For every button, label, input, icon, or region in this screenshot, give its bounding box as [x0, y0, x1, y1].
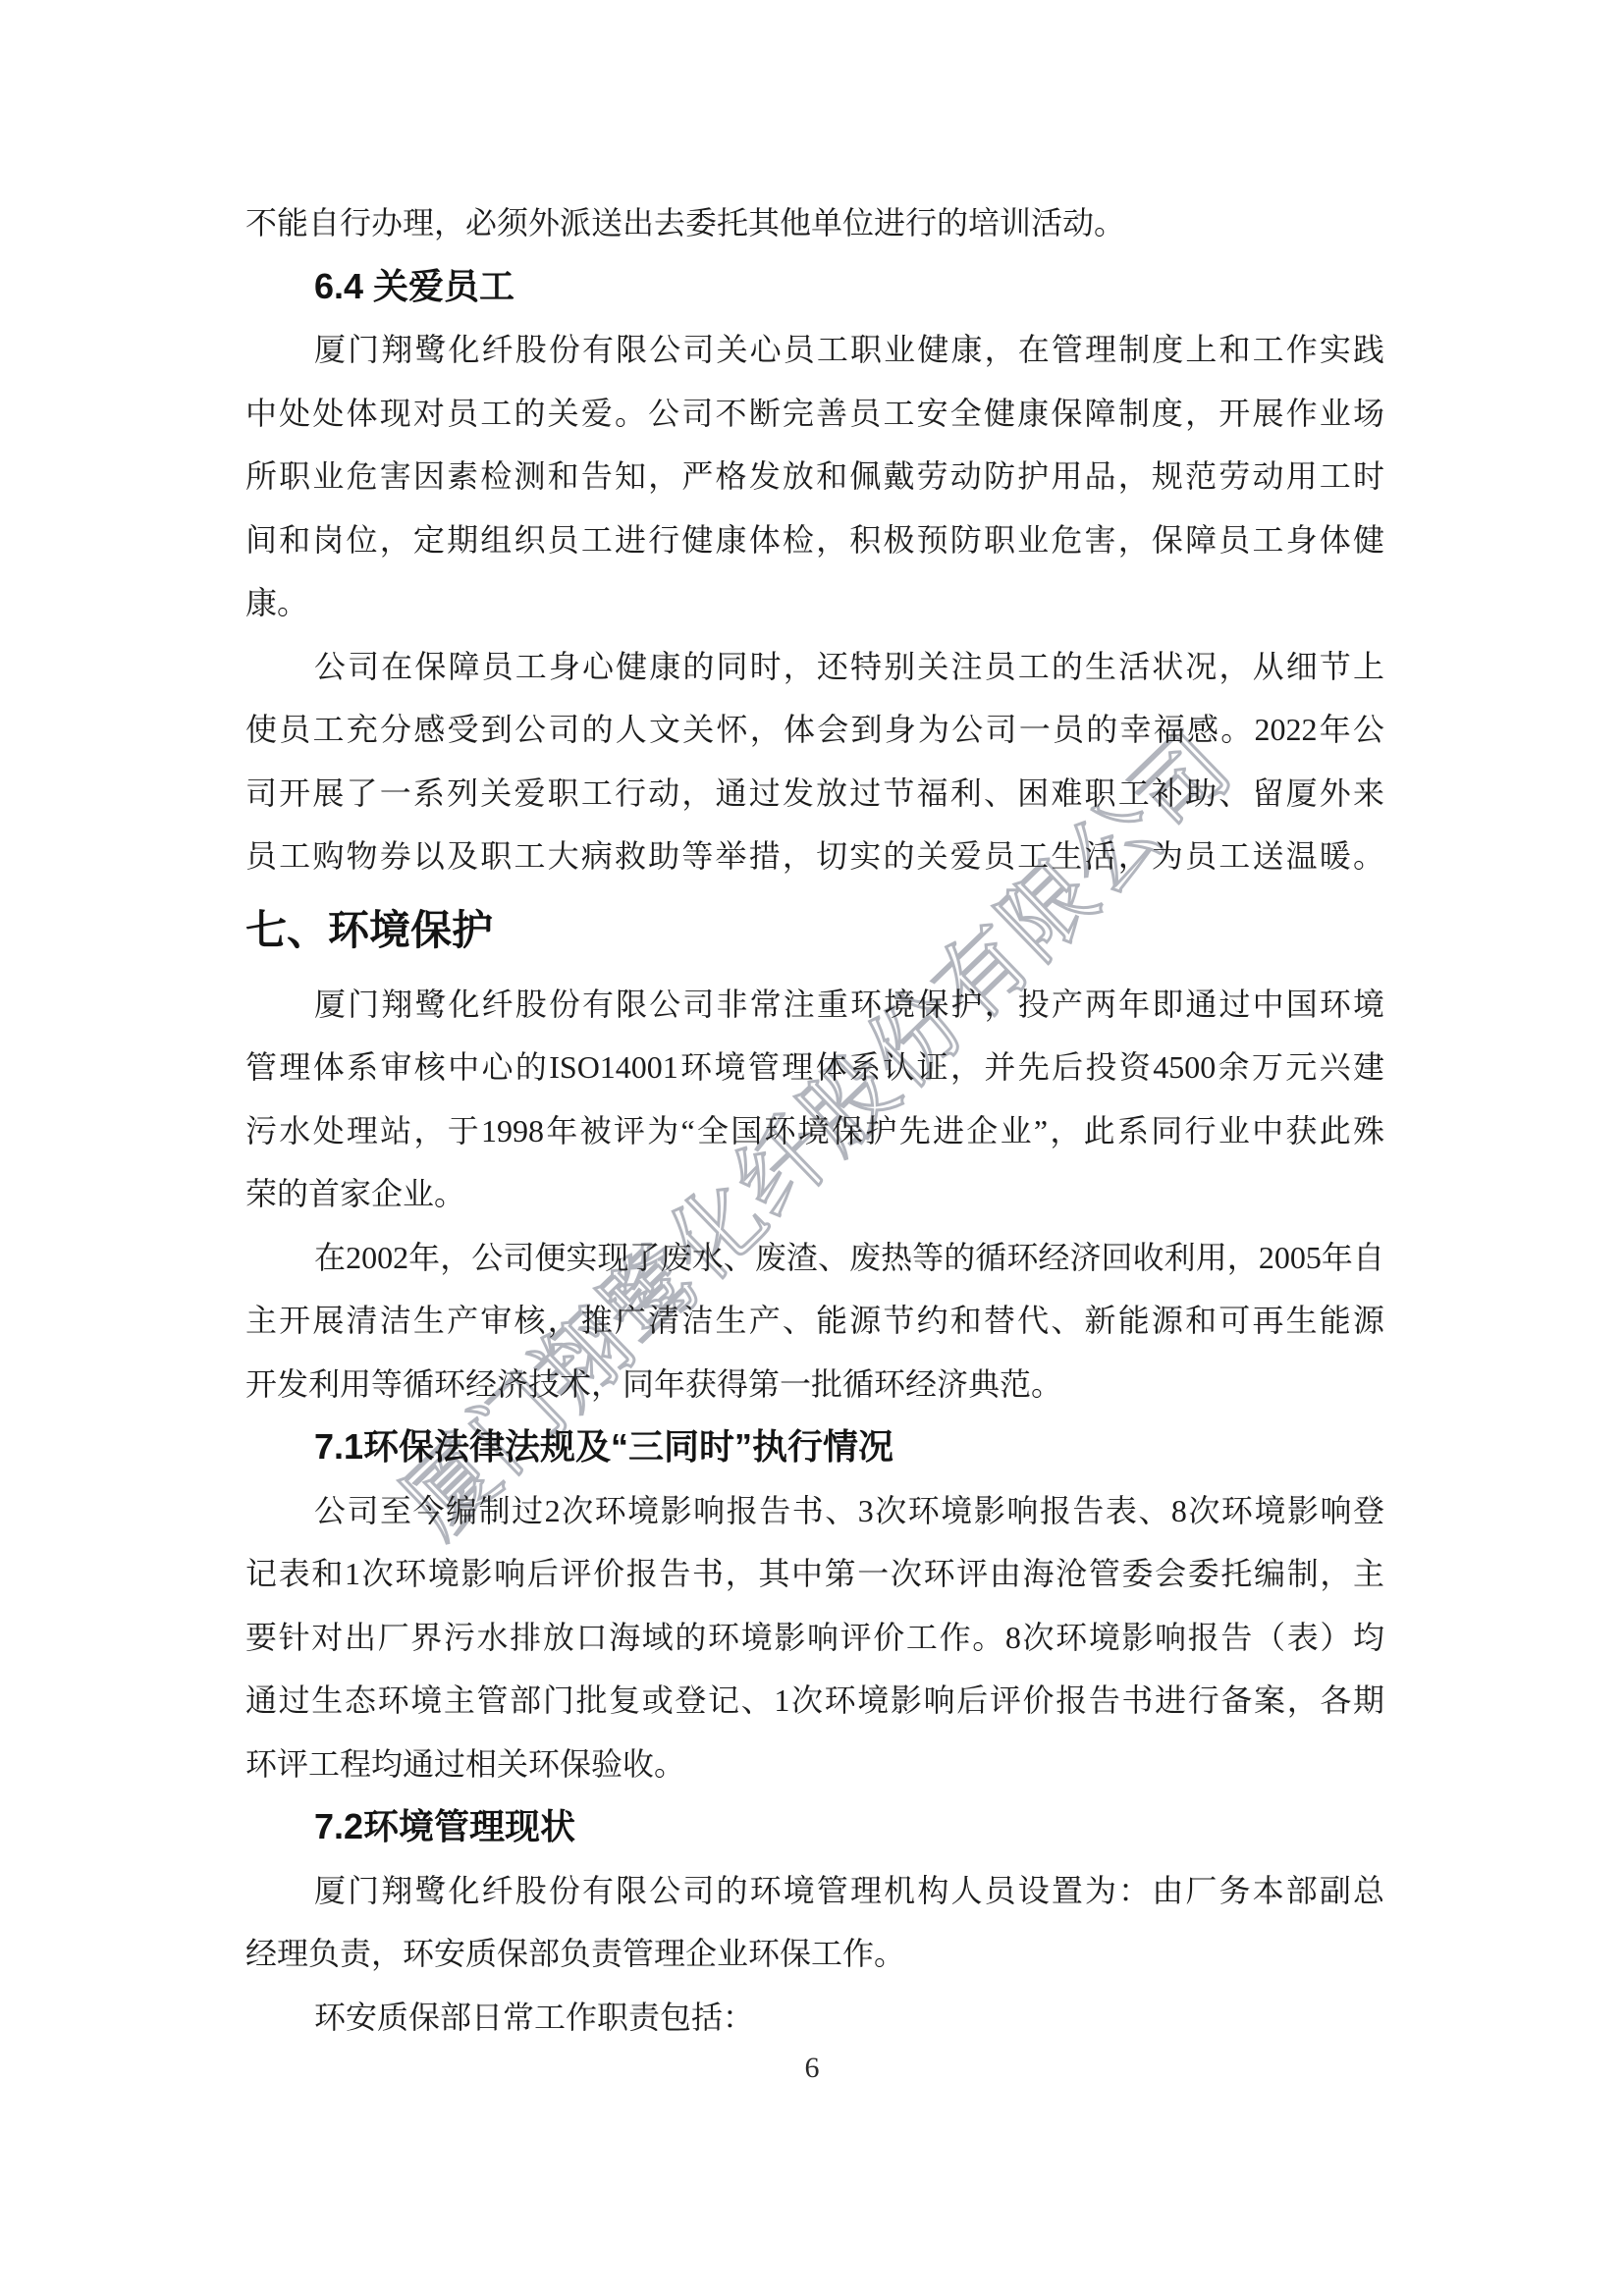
text-line: 管理体系审核中心的ISO14001环境管理体系认证，并先后投资4500余万元兴建: [245, 1036, 1384, 1099]
text-line: 公司至今编制过2次环境影响报告书、3次环境影响报告表、8次环境影响登: [245, 1479, 1384, 1543]
text-line: 要针对出厂界污水排放口海域的环境影响评价工作。8次环境影响报告（表）均: [245, 1606, 1384, 1670]
text-line: 员工购物券以及职工大病救助等举措，切实的关爱员工生活，为员工送温暖。: [245, 825, 1384, 888]
text-line: 中处处体现对员工的关爱。公司不断完善员工安全健康保障制度，开展作业场: [245, 382, 1384, 446]
text-line: 记表和1次环境影响后评价报告书，其中第一次环评由海沧管委会委托编制，主: [245, 1542, 1384, 1606]
text-line: 所职业危害因素检测和告知，严格发放和佩戴劳动防护用品，规范劳动用工时: [245, 445, 1384, 508]
text-line: 厦门翔鹭化纤股份有限公司非常注重环境保护，投产两年即通过中国环境: [245, 973, 1384, 1037]
page-content: 不能自行办理，必须外派送出去委托其他单位进行的培训活动。6.4 关爱员工厦门翔鹭…: [245, 191, 1384, 2049]
text-line: 在2002年，公司便实现了废水、废渣、废热等的循环经济回收利用，2005年自: [245, 1226, 1384, 1290]
text-line: 经理负责，环安质保部负责管理企业环保工作。: [245, 1922, 1384, 1986]
section-heading: 7.2环境管理现状: [245, 1795, 1384, 1859]
text-line: 污水处理站，于1998年被评为“全国环境保护先进企业”，此系同行业中获此殊: [245, 1099, 1384, 1163]
document-page: 厦门翔鹭化纤股份有限公司 不能自行办理，必须外派送出去委托其他单位进行的培训活动…: [0, 0, 1624, 2296]
text-line: 不能自行办理，必须外派送出去委托其他单位进行的培训活动。: [245, 191, 1384, 255]
text-line: 间和岗位，定期组织员工进行健康体检，积极预防职业危害，保障员工身体健: [245, 508, 1384, 572]
chapter-heading: 七、环境保护: [245, 888, 1384, 973]
text-line: 荣的首家企业。: [245, 1162, 1384, 1226]
text-line: 使员工充分感受到公司的人文关怀，体会到身为公司一员的幸福感。2022年公: [245, 698, 1384, 762]
text-line: 开发利用等循环经济技术，同年获得第一批循环经济典范。: [245, 1353, 1384, 1416]
page-number: 6: [0, 2052, 1624, 2085]
text-line: 司开展了一系列关爱职工行动，通过发放过节福利、困难职工补助、留厦外来: [245, 762, 1384, 826]
text-line: 环评工程均通过相关环保验收。: [245, 1733, 1384, 1796]
section-heading: 7.1环保法律法规及“三同时”执行情况: [245, 1415, 1384, 1479]
text-line: 公司在保障员工身心健康的同时，还特别关注员工的生活状况，从细节上: [245, 635, 1384, 699]
text-line: 厦门翔鹭化纤股份有限公司关心员工职业健康，在管理制度上和工作实践: [245, 318, 1384, 382]
text-line: 康。: [245, 571, 1384, 635]
text-line: 主开展清洁生产审核，推广清洁生产、能源节约和替代、新能源和可再生能源: [245, 1289, 1384, 1353]
section-heading: 6.4 关爱员工: [245, 255, 1384, 319]
text-line: 环安质保部日常工作职责包括：: [245, 1986, 1384, 2050]
text-line: 通过生态环境主管部门批复或登记、1次环境影响后评价报告书进行备案，各期: [245, 1669, 1384, 1733]
text-line: 厦门翔鹭化纤股份有限公司的环境管理机构人员设置为：由厂务本部副总: [245, 1859, 1384, 1923]
